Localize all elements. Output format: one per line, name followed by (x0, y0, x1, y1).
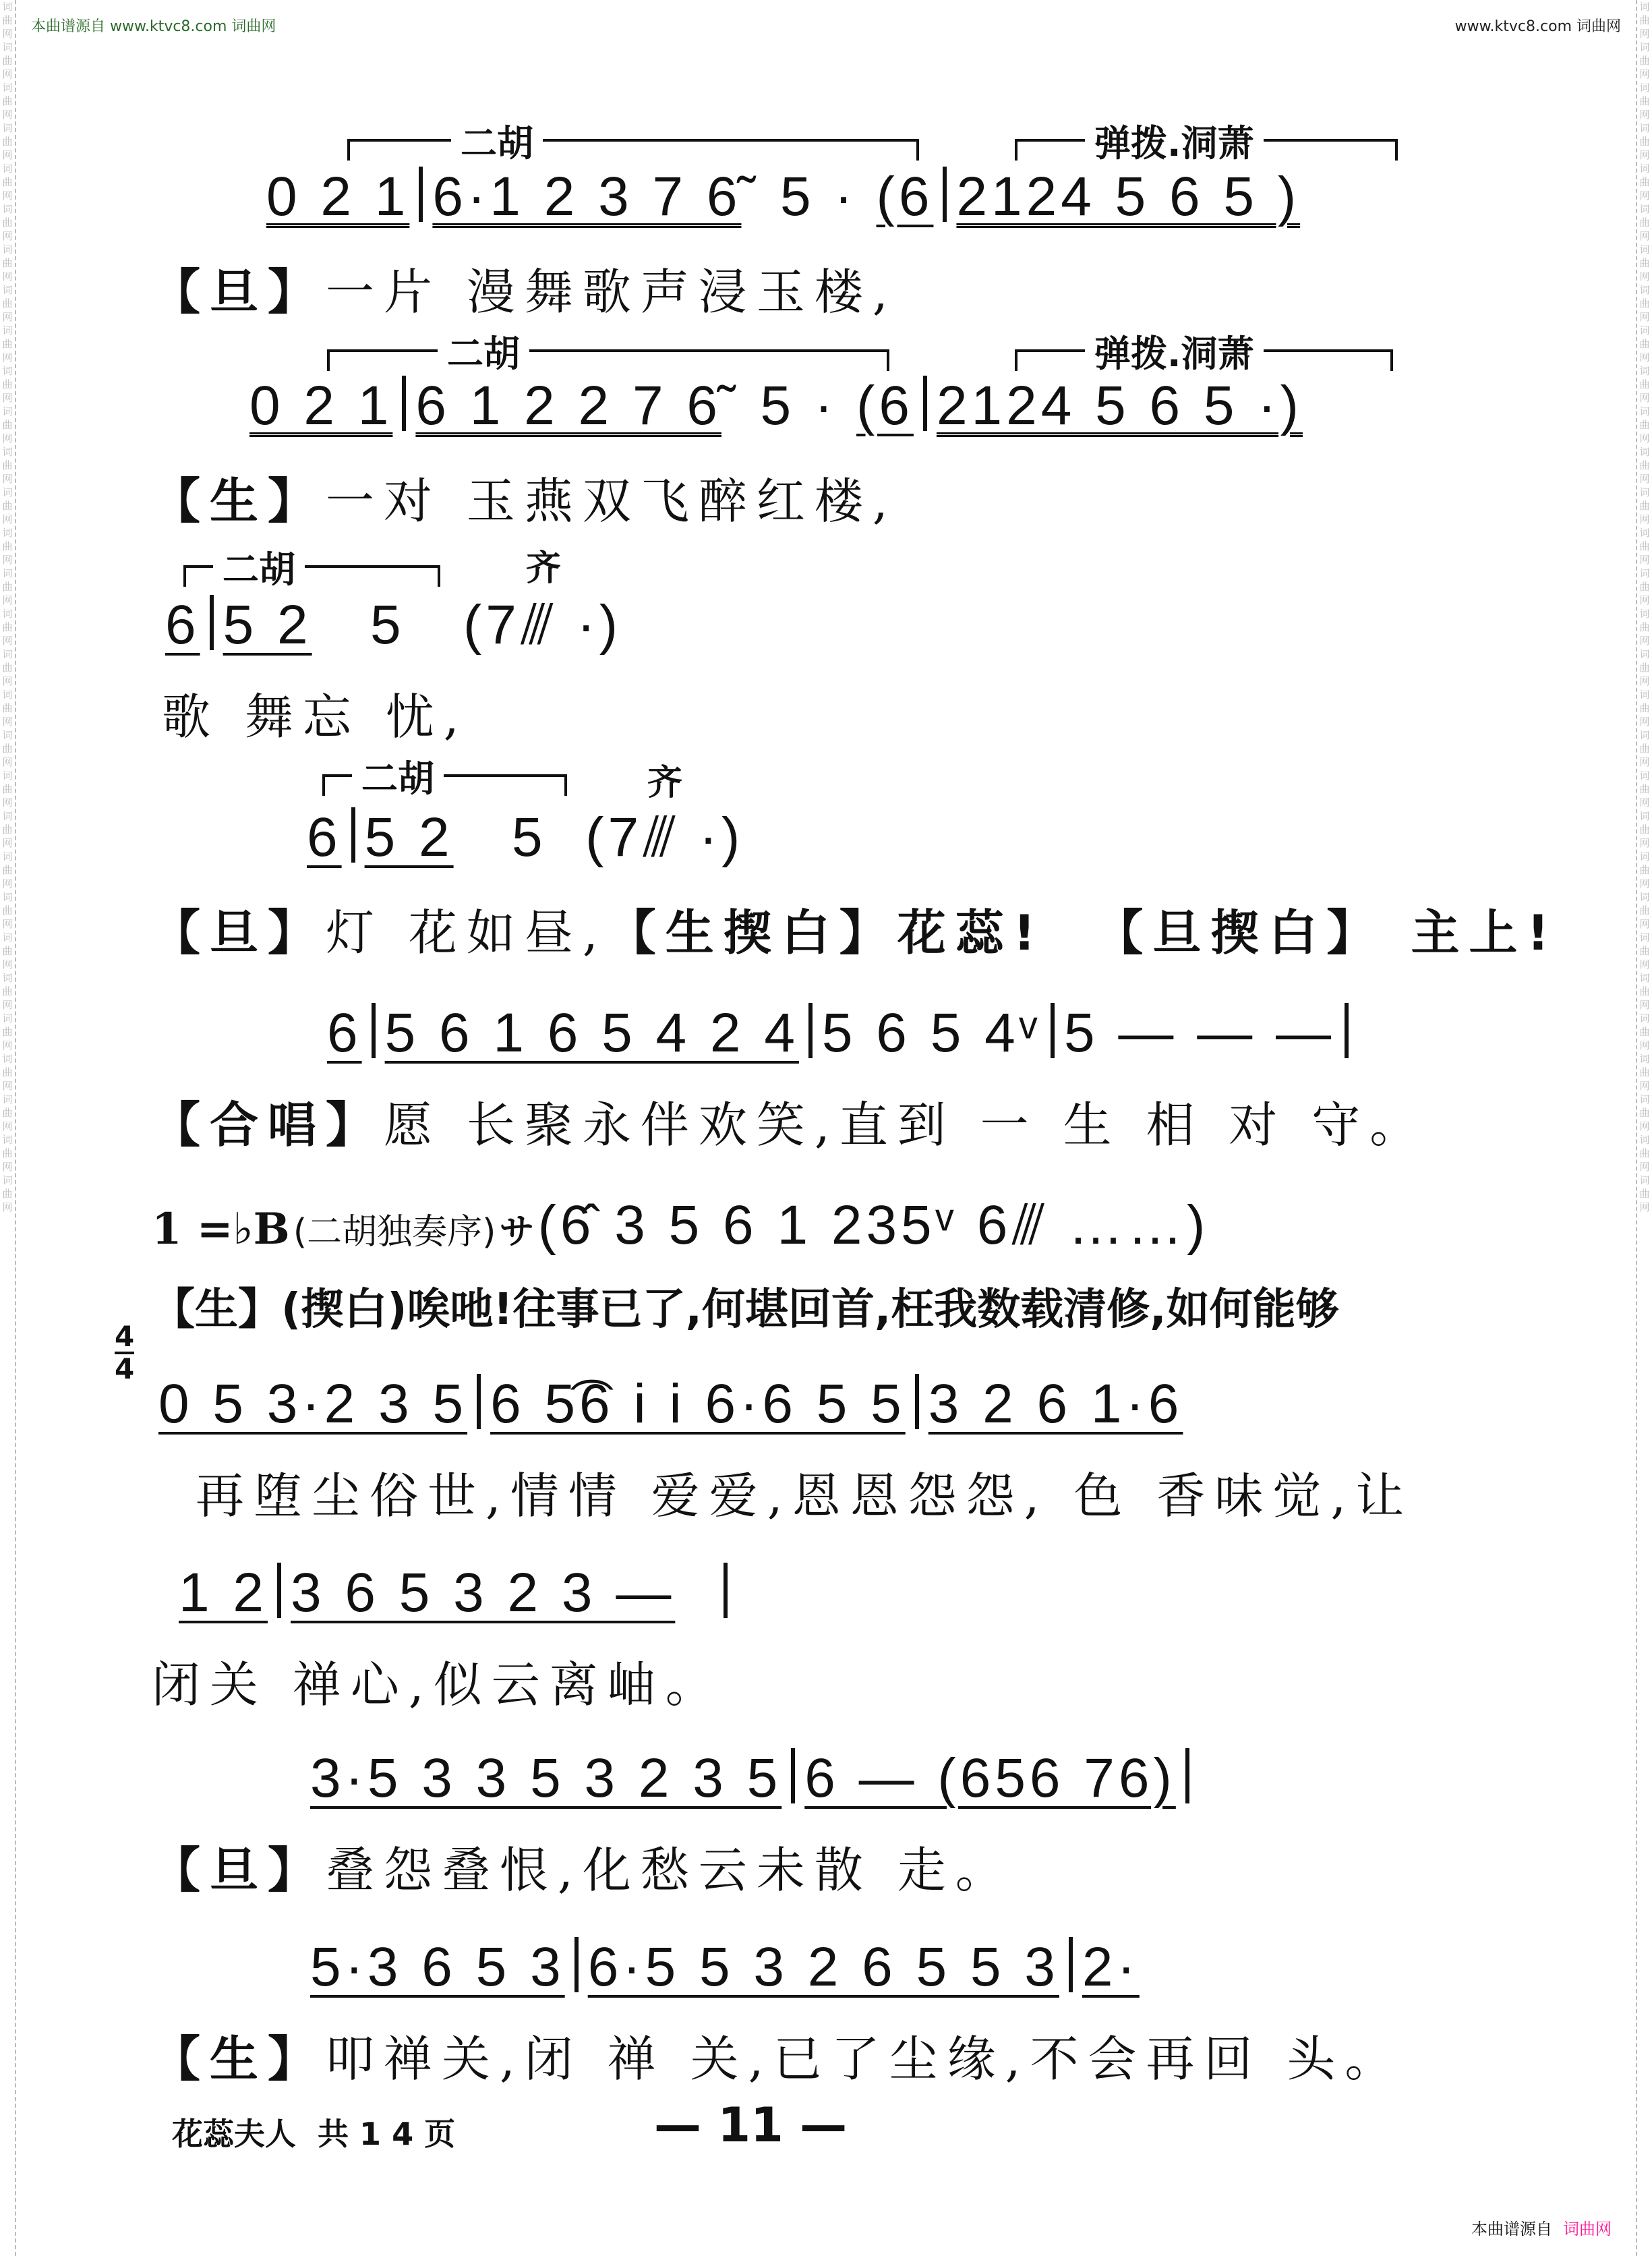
free-tempo-mark: サ (499, 1212, 534, 1252)
barline (808, 1003, 813, 1058)
erhu-bracket: 二胡 (347, 139, 919, 161)
intro-note: (二胡独奏序) (293, 1212, 496, 1252)
role-label: 【旦】 (152, 264, 326, 320)
bottom-right-watermark: 本曲谱源自词曲网 (1471, 2216, 1612, 2239)
spoken-line: 【生】(揳白)唉吔!往事已了,何堪回首,枉我数载清修,如何能够 (152, 1275, 1339, 1337)
notation-line: 1 23 6 5 3 2 3 — (179, 1561, 737, 1625)
instrument-label: 弹拨.洞萧 (1085, 115, 1264, 167)
notation-line: 65 6 1 6 5 4 2 45 6 5 4ᵛ5 — — — (327, 1002, 1358, 1065)
notation-line: 0 2 16·1 2 3 7 6̃ 5 · (62124 5 6 5 ) (266, 165, 1300, 229)
notation-line: 3·5 3 3 5 3 2 3 56 — (656 76) (310, 1747, 1199, 1810)
role-label: 【旦】 (152, 1842, 326, 1899)
lyric-line: 歌 舞忘 忧, (162, 678, 469, 748)
barline (351, 807, 355, 863)
plucked-flute-bracket: 弹拨.洞萧 (1015, 349, 1393, 371)
role-label: 【生】 (152, 1285, 281, 1335)
lyric-line: 再堕尘俗世,情情 爱爱,恩恩怨怨, 色 香味觉,让 (196, 1457, 1413, 1527)
unison-label: 齐 (647, 754, 682, 805)
barline (915, 1374, 919, 1429)
barline (1185, 1748, 1189, 1803)
barline (402, 376, 406, 431)
barline (1069, 1937, 1073, 1992)
barline (791, 1748, 795, 1803)
barline (1051, 1003, 1055, 1058)
barline (1345, 1003, 1349, 1058)
time-signature: 4 4 (115, 1322, 134, 1384)
erhu-bracket: 二胡 (322, 774, 567, 796)
notation-line: 0 2 16 1 2 2 7 6̃ 5 · (62124 5 6 5 ·) (249, 374, 1303, 438)
barline (372, 1003, 376, 1058)
spoken-line: 【生揳白】花蕊! (608, 904, 1045, 961)
page-number: — 11 — (654, 2098, 847, 2153)
top-right-watermark: www.ktvc8.com 词曲网 (1455, 15, 1621, 36)
spoken-line: 【旦揳白】 主上! (1094, 904, 1558, 961)
barline (419, 167, 423, 222)
lyric-line: 闭关 禅心,似云离岫。 (152, 1646, 724, 1716)
instrument-label: 二胡 (451, 115, 543, 167)
page-count: 共 1 4 页 (318, 2116, 455, 2152)
lyric-line: 【生】一对 玉燕双飞醉红楼, (152, 462, 897, 532)
key-signature-line: 1 =♭B (二胡独奏序) サ (6̂ 3 5 6 1 235ᵛ 6⫻ ……) (152, 1194, 1209, 1258)
notation-line: 65 2 5 (7⫻ ·) (307, 806, 744, 870)
plucked-flute-bracket: 弹拨.洞萧 (1015, 139, 1398, 161)
lyric-line: 【旦】叠怨叠恨,化愁云未散 走。 (152, 1831, 1013, 1901)
lyric-line: 【生】叩禅关,闭 禅 关,已了尘缘,不会再回 头。 (152, 2020, 1403, 2090)
key-signature: 1 =♭B (152, 1204, 290, 1254)
right-watermark-strip: 词曲网 词曲网 词曲网 词曲网 词曲网 词曲网 词曲网 词曲网 词曲网 词曲网 … (1636, 0, 1652, 2256)
instrument-label: 弹拨.洞萧 (1085, 325, 1264, 377)
left-watermark-strip: 词曲网 词曲网 词曲网 词曲网 词曲网 词曲网 词曲网 词曲网 词曲网 词曲网 … (0, 0, 16, 2256)
footer-title: 花蕊夫人 共 1 4 页 (172, 2110, 455, 2154)
lyric-line: 【旦】灯 花如昼,【生揳白】花蕊! 【旦揳白】 主上! (152, 894, 1558, 964)
barline (277, 1563, 281, 1618)
notation-line: 5·3 6 5 36·5 5 3 2 6 5 5 32· (310, 1936, 1140, 1999)
notation-line: 65 2 5 (7⫻ ·) (165, 594, 622, 658)
role-label: 【合唱】 (152, 1097, 384, 1153)
barline (574, 1937, 579, 1992)
lyric-line: 【合唱】愿 长聚永伴欢笑,直到 一 生 相 对 守。 (152, 1086, 1427, 1156)
barline (210, 595, 214, 650)
barline (724, 1563, 728, 1618)
role-label: 【生】 (152, 473, 326, 529)
instrument-label: 二胡 (213, 541, 305, 593)
barline (477, 1374, 481, 1429)
role-label: 【生】 (152, 2031, 326, 2087)
erhu-bracket: 二胡 (327, 349, 889, 371)
lyric-line: 【旦】一片 漫舞歌声浸玉楼, (152, 253, 897, 323)
barline (923, 376, 927, 431)
erhu-bracket: 二胡 (183, 565, 440, 587)
top-left-watermark: 本曲谱源自 www.ktvc8.com 词曲网 (31, 15, 276, 36)
instrument-label: 二胡 (352, 750, 444, 802)
barline (943, 167, 947, 222)
instrument-label: 二胡 (438, 325, 529, 377)
role-label: 【旦】 (152, 904, 326, 961)
unison-label: 齐 (526, 540, 561, 590)
notation-line: 0 5 3·2 3 56 5͡6 i i 6·6 5 53 2 6 1·6 (158, 1372, 1183, 1436)
